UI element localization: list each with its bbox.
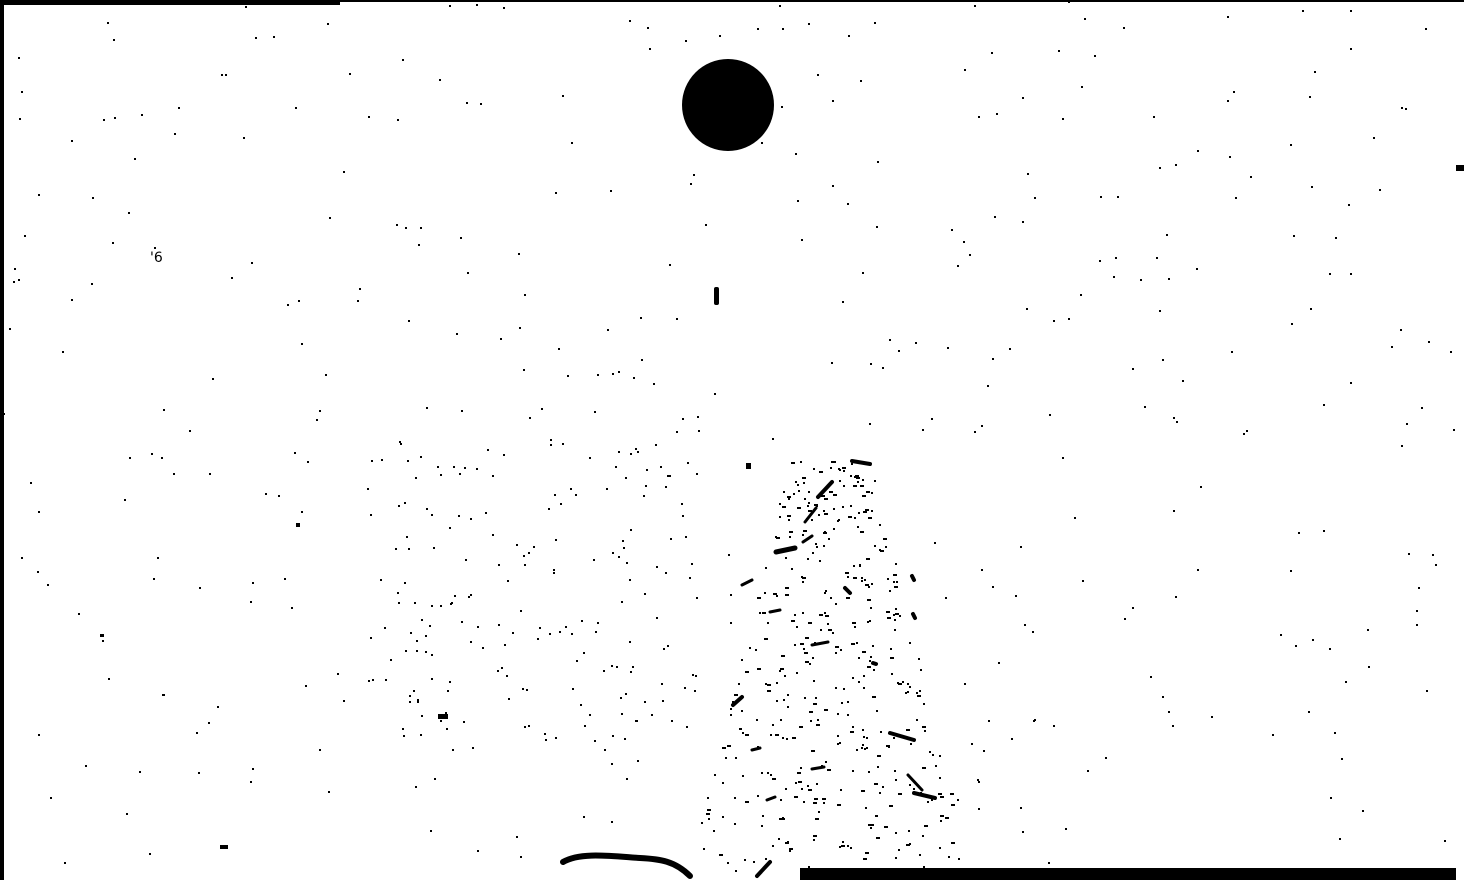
photo-scene: '6 — [0, 0, 1464, 880]
dark-disc — [682, 59, 774, 151]
bottom-branch-stroke — [563, 856, 690, 877]
tree-silhouette — [733, 461, 935, 876]
speckle-glyph: '6 — [150, 250, 163, 266]
small-dark-marks — [100, 287, 751, 849]
